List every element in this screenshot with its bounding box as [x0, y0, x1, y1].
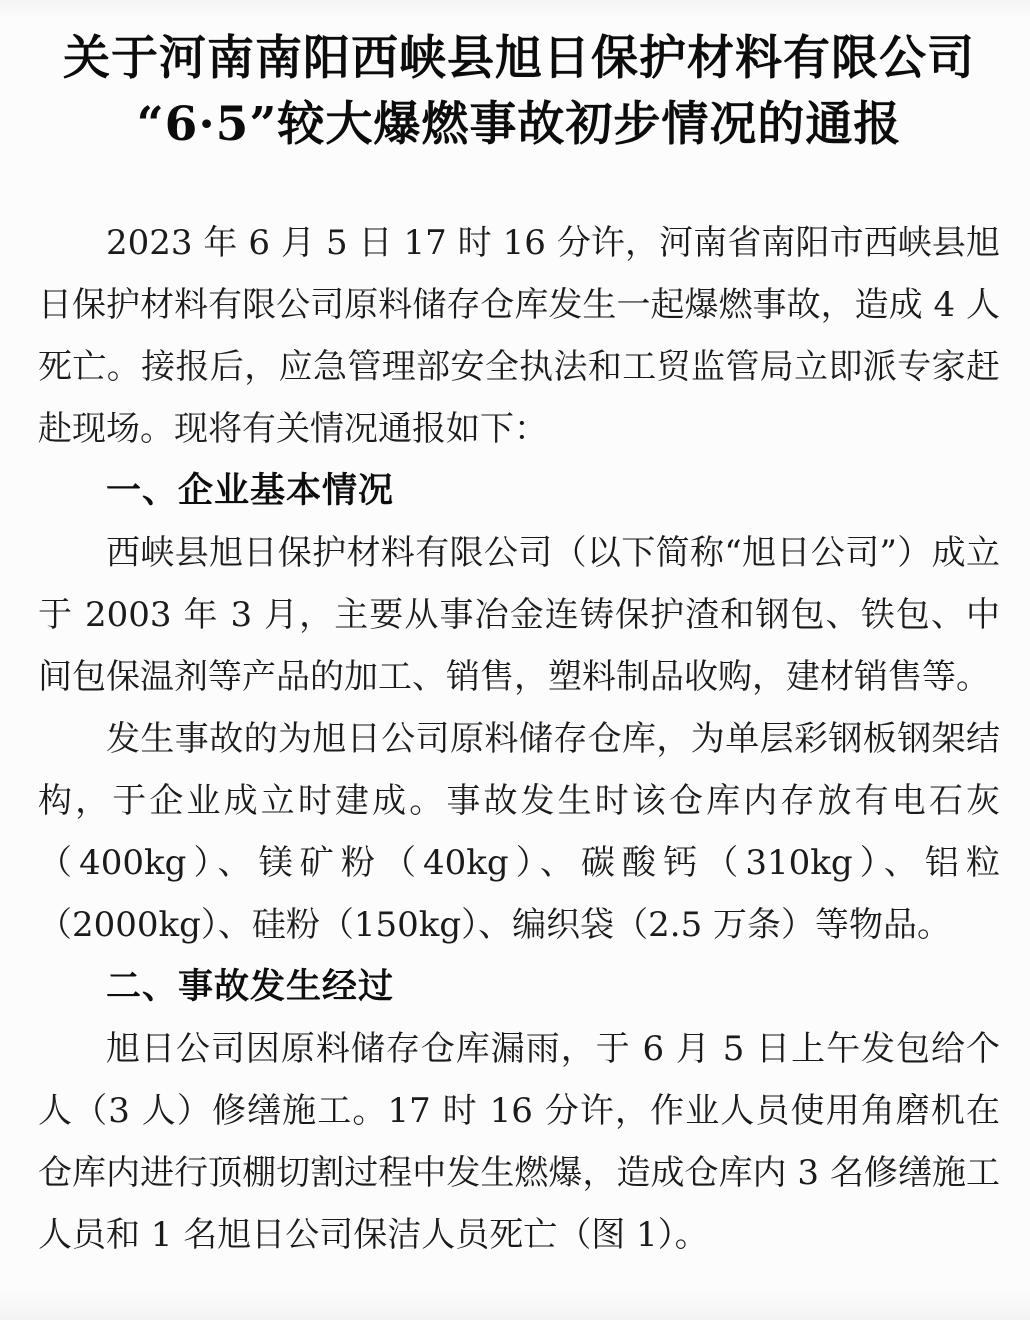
document-title: 关于河南南阳西峡县旭日保护材料有限公司 “6·5”较大爆燃事故初步情况的通报 [38, 26, 1000, 158]
document-title-line1: 关于河南南阳西峡县旭日保护材料有限公司 [38, 26, 1000, 92]
section2-paragraph-1: 旭日公司因原料储存仓库漏雨，于 6 月 5 日上午发包给个人（3 人）修缮施工。… [38, 1018, 1000, 1266]
section1-paragraph-2: 发生事故的为旭日公司原料储存仓库，为单层彩钢板钢架结构，于企业成立时建成。事故发… [38, 708, 1000, 956]
intro-paragraph: 2023 年 6 月 5 日 17 时 16 分许，河南省南阳市西峡县旭日保护材… [38, 212, 1000, 460]
section1-heading: 一、企业基本情况 [38, 460, 1000, 522]
incident-report-document: 关于河南南阳西峡县旭日保护材料有限公司 “6·5”较大爆燃事故初步情况的通报 2… [0, 0, 1030, 1320]
section1-paragraph-1: 西峡县旭日保护材料有限公司（以下简称“旭日公司”）成立于 2003 年 3 月，… [38, 522, 1000, 708]
section2-heading: 二、事故发生经过 [38, 956, 1000, 1018]
document-title-line2: “6·5”较大爆燃事故初步情况的通报 [38, 92, 1000, 158]
